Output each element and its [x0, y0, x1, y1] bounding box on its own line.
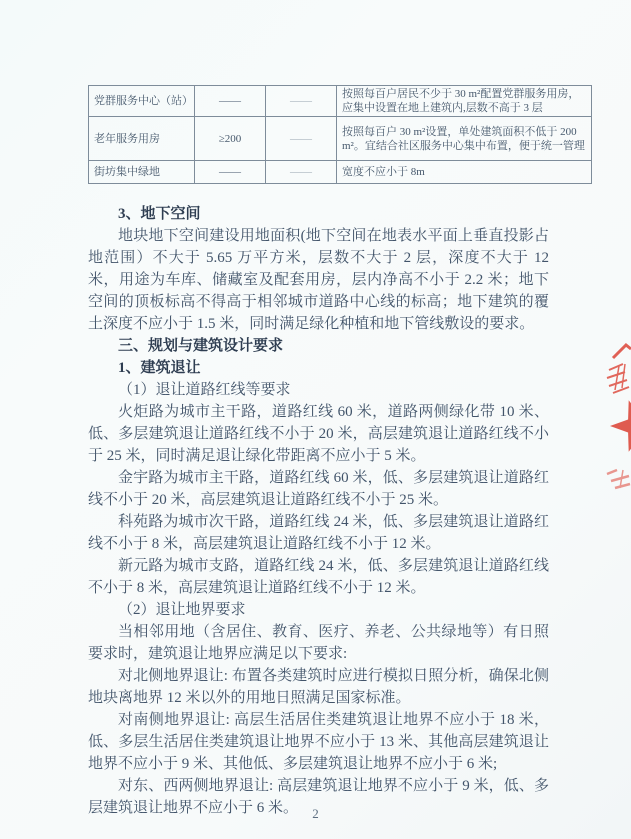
- document-page: 党群服务中心（站） —— —— 按照每百户居民不少于 30 m²配置党群服务用房…: [0, 0, 631, 839]
- section-heading-building-setback: 1、建筑退让: [88, 357, 549, 379]
- subheading-road-redline-setback: （1）退让道路红线等要求: [88, 379, 549, 401]
- table-cell-facility: 党群服务中心（站）: [89, 86, 195, 117]
- table-cell-remark: 按照每百户居民不少于 30 m²配置党群服务用房，应集中设置在地上建筑内,层数不…: [337, 86, 592, 117]
- table-row: 老年服务用房 ≥200 —— 按照每百户 30 m²设置，单处建筑面积不低于 2…: [89, 117, 592, 161]
- paragraph-south-boundary: 对南侧地界退让: 高层生活居住类建筑退让地界不应小于 18 米，低、多层生活居住…: [88, 709, 549, 775]
- subheading-boundary-setback: （2）退让地界要求: [88, 599, 549, 621]
- section-heading-underground-space: 3、地下空间: [88, 203, 549, 225]
- seal-text-fragment-top: [607, 364, 629, 393]
- paragraph-jinyu-road: 金宇路为城市主干路，道路红线 60 米，低、多层建筑退让道路红线不小于 20 米…: [88, 467, 549, 511]
- paragraph-underground-space: 地块地下空间建设用地面积(地下空间在地表水平面上垂直投影占地范围）不大于 5.6…: [88, 225, 549, 335]
- table-cell-area: ——: [195, 161, 266, 184]
- seal-star: [610, 400, 631, 451]
- seal-text-fragment-bottom: [607, 470, 630, 488]
- paragraph-keyuan-road: 科苑路为城市次干路，道路红线 24 米，低、多层建筑退让道路红线不小于 8 米，…: [88, 511, 549, 555]
- paragraph-adjacent-land: 当相邻用地（含居住、教育、医疗、养老、公共绿地等）有日照要求时，建筑退让地界应满…: [88, 621, 549, 665]
- table-cell-count: ——: [266, 86, 337, 117]
- seal-top-mark: [613, 345, 631, 358]
- page-number: 2: [0, 806, 631, 822]
- table-row: 党群服务中心（站） —— —— 按照每百户居民不少于 30 m²配置党群服务用房…: [89, 86, 592, 117]
- table-cell-remark: 按照每百户 30 m²设置，单处建筑面积不低于 200 m²。宜结合社区服务中心…: [337, 117, 592, 161]
- table-cell-area: ≥200: [195, 117, 266, 161]
- document-body: 3、地下空间 地块地下空间建设用地面积(地下空间在地表水平面上垂直投影占地范围）…: [88, 203, 549, 819]
- table-cell-area: ——: [195, 86, 266, 117]
- paragraph-north-boundary: 对北侧地界退让: 布置各类建筑时应进行模拟日照分析，确保北侧地块离地界 12 米…: [88, 665, 549, 709]
- paragraph-huoju-road: 火炬路为城市主干路，道路红线 60 米，道路两侧绿化带 10 米、低、多层建筑退…: [88, 401, 549, 467]
- section-heading-planning-design: 三、规划与建筑设计要求: [88, 335, 549, 357]
- table-cell-count: ——: [266, 117, 337, 161]
- table-cell-remark: 宽度不应小于 8m: [337, 161, 592, 184]
- facility-requirements-table: 党群服务中心（站） —— —— 按照每百户居民不少于 30 m²配置党群服务用房…: [88, 85, 592, 184]
- table-cell-count: ——: [266, 161, 337, 184]
- paragraph-xinyuan-road: 新元路为城市支路，道路红线 24 米，低、多层建筑退让道路红线不小于 8 米，高…: [88, 555, 549, 599]
- table-cell-facility: 老年服务用房: [89, 117, 195, 161]
- official-seal-stamp: [599, 340, 631, 525]
- table-cell-facility: 街坊集中绿地: [89, 161, 195, 184]
- table-row: 街坊集中绿地 —— —— 宽度不应小于 8m: [89, 161, 592, 184]
